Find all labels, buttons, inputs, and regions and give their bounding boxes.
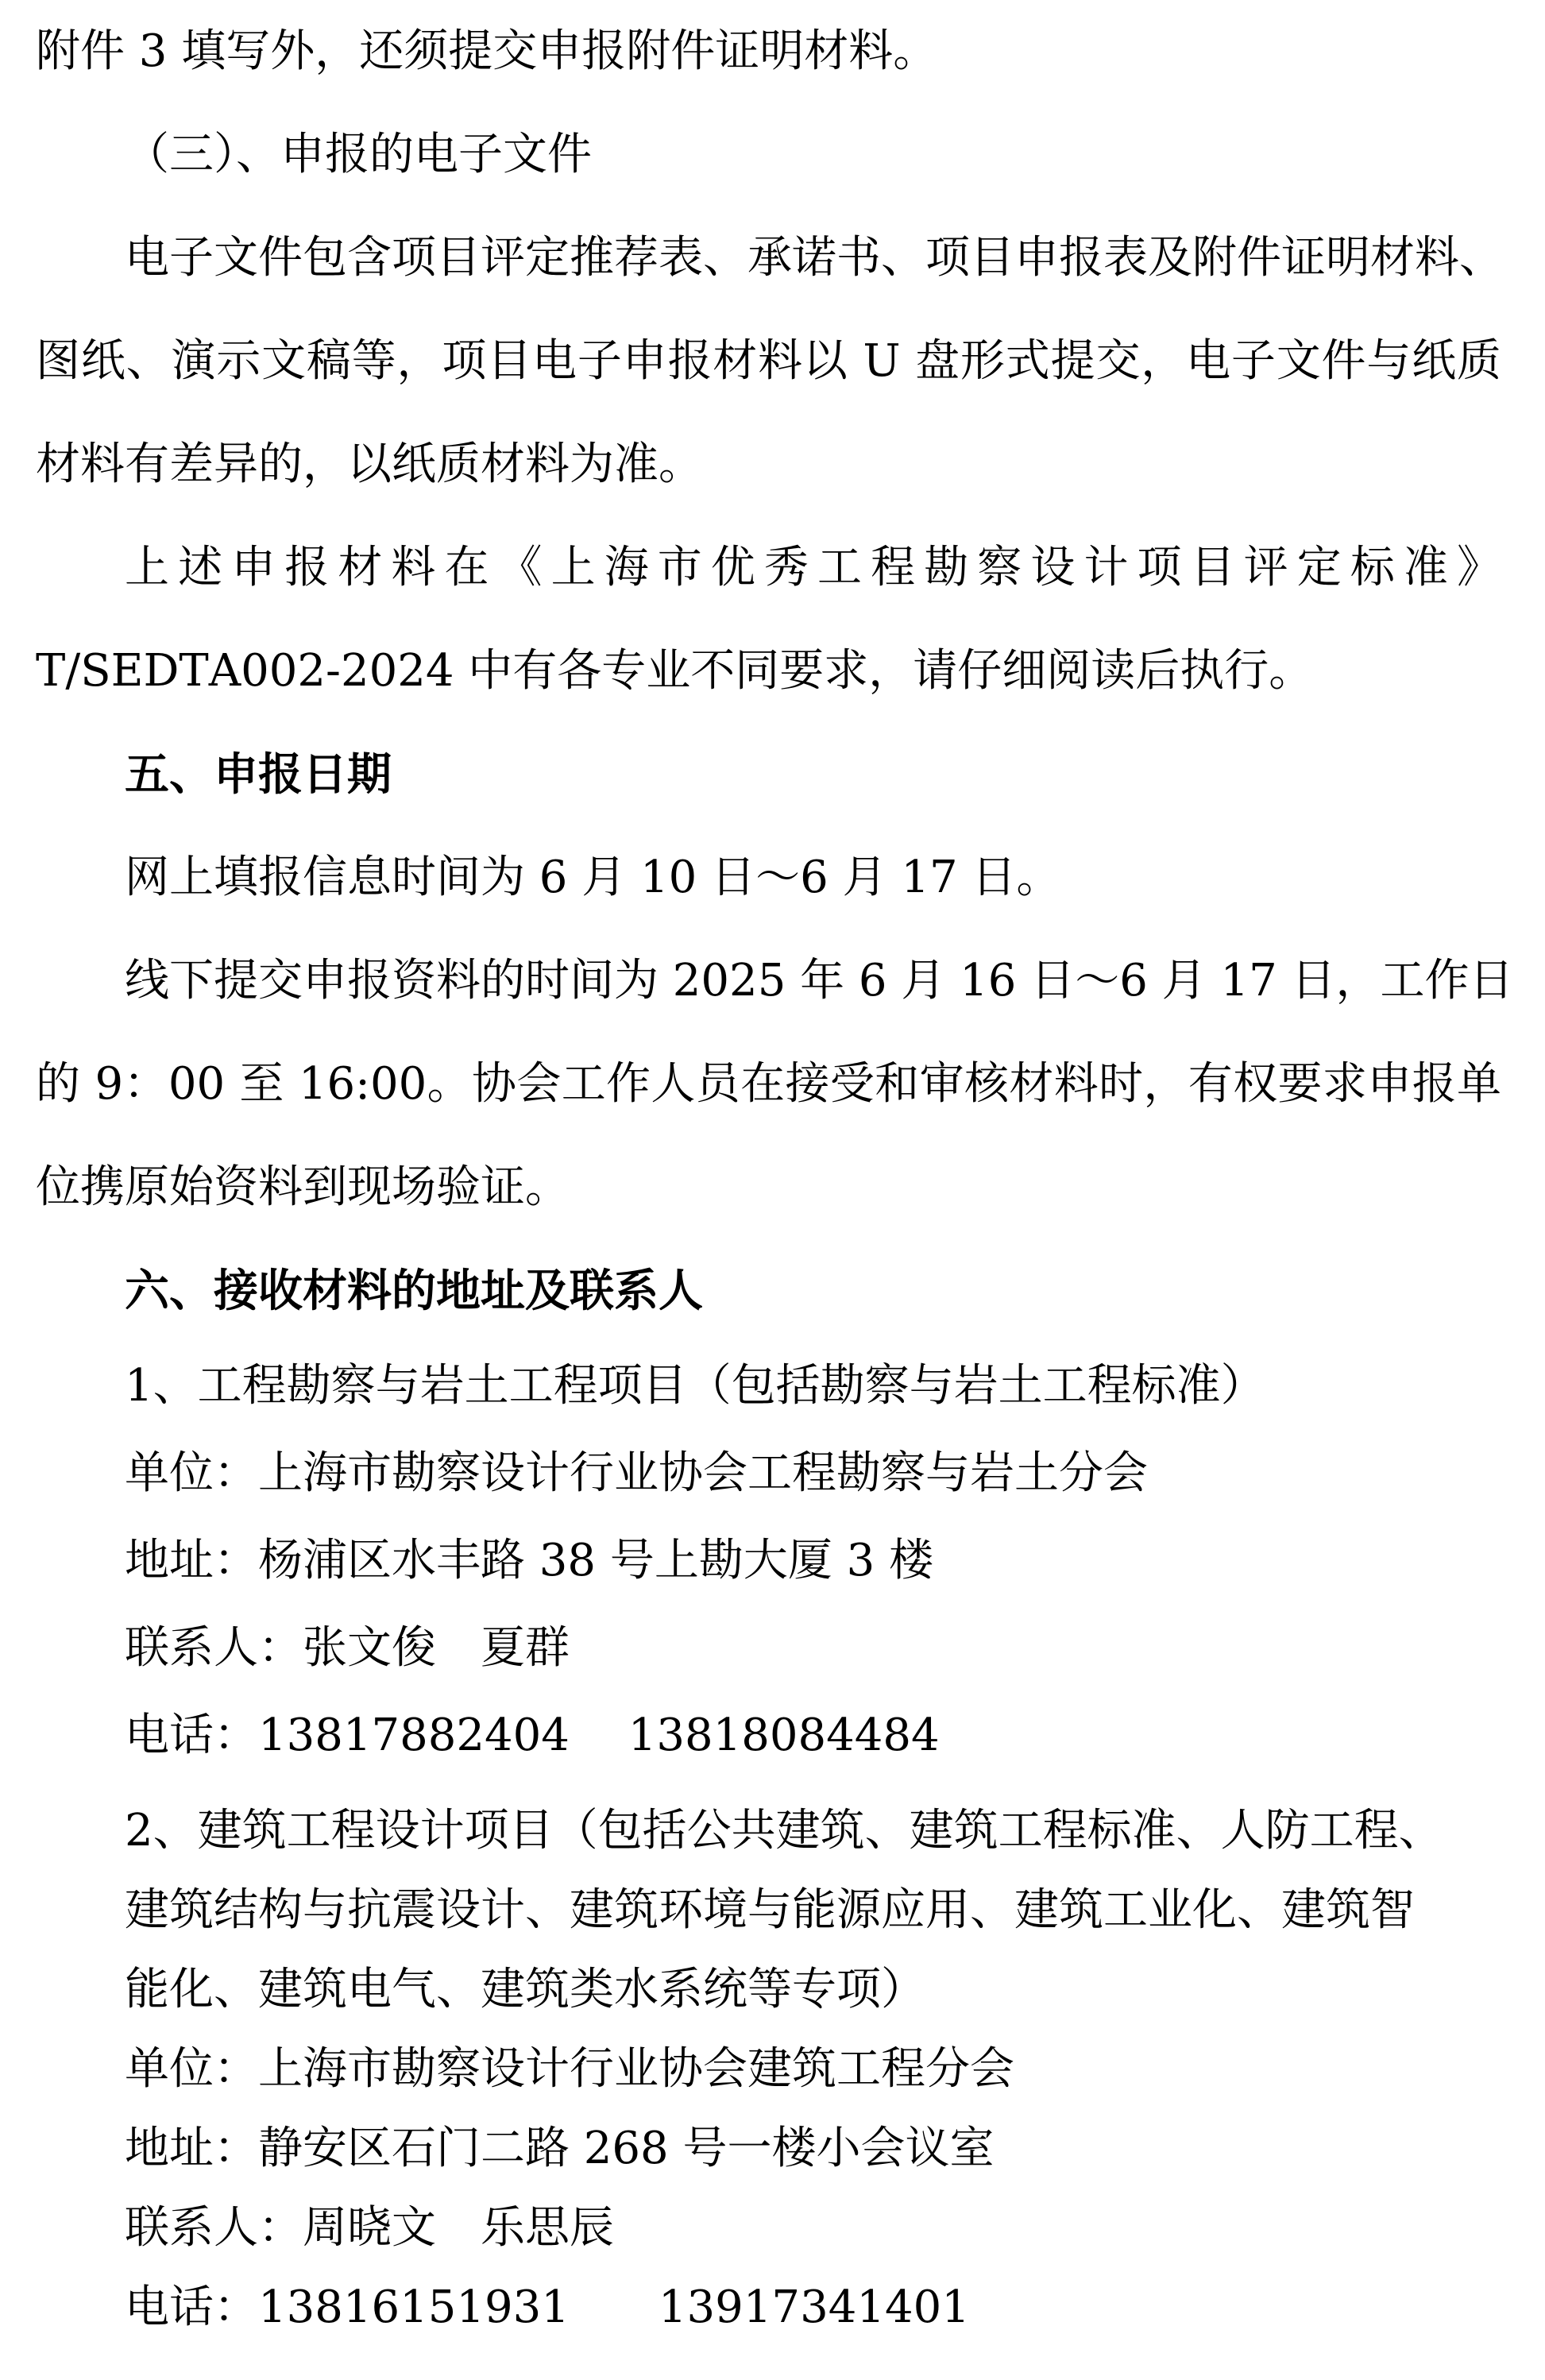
line-efile-contents-2: 图纸、演示文稿等，项目电子申报材料以 U 盘形式提交，电子文件与纸质 (36, 310, 1501, 413)
line-unit-building-branch: 单位：上海市勘察设计行业协会建筑工程分会 (36, 2030, 1501, 2109)
line-offline-submission-1: 线下提交申报资料的时间为 2025 年 6 月 16 日～6 月 17 日，工作… (36, 929, 1501, 1033)
list-item-1-survey-projects: 1、工程勘察与岩土工程项目（包括勘察与岩土工程标准） (36, 1343, 1501, 1430)
line-standard-reference-2: T/SEDTA002-2024 中有各专业不同要求，请仔细阅读后执行。 (36, 620, 1501, 723)
line-efile-contents-3: 材料有差异的，以纸质材料为准。 (36, 413, 1501, 516)
line-address-yangpu: 地址：杨浦区水丰路 38 号上勘大厦 3 楼 (36, 1517, 1501, 1605)
line-address-jingan: 地址：静安区石门二路 268 号一楼小会议室 (36, 2109, 1501, 2189)
line-standard-reference-1: 上述申报材料在《上海市优秀工程勘察设计项目评定标准》 (36, 516, 1501, 620)
line-offline-submission-3: 位携原始资料到现场验证。 (36, 1136, 1501, 1239)
line-online-filing-period: 网上填报信息时间为 6 月 10 日～6 月 17 日。 (36, 826, 1501, 929)
list-item-2-building-projects-1: 2、建筑工程设计项目（包括公共建筑、建筑工程标准、人防工程、 (36, 1791, 1501, 1871)
section-heading-address-contacts: 六、接收材料的地址及联系人 (36, 1239, 1501, 1343)
list-item-2-building-projects-3: 能化、建筑电气、建筑类水系统等专项） (36, 1950, 1501, 2030)
line-efile-contents-1: 电子文件包含项目评定推荐表、承诺书、项目申报表及附件证明材料、 (36, 207, 1501, 310)
subsection-heading-electronic-files: （三）、申报的电子文件 (36, 103, 1501, 207)
line-attachment-note: 附件 3 填写外，还须提交申报附件证明材料。 (36, 0, 1501, 103)
document-page: 附件 3 填写外，还须提交申报附件证明材料。 （三）、申报的电子文件 电子文件包… (0, 0, 1545, 2380)
line-offline-submission-2: 的 9：00 至 16:00。协会工作人员在接受和审核材料时，有权要求申报单 (36, 1033, 1501, 1136)
list-item-2-building-projects-2: 建筑结构与抗震设计、建筑环境与能源应用、建筑工业化、建筑智 (36, 1871, 1501, 1950)
line-unit-survey-branch: 单位：上海市勘察设计行业协会工程勘察与岩土分会 (36, 1430, 1501, 1517)
line-contacts-building: 联系人：周晓文 乐思辰 (36, 2189, 1501, 2268)
line-phone-building: 电话：13816151931 13917341401 (36, 2268, 1501, 2347)
line-phone-survey: 电话：13817882404 13818084484 (36, 1692, 1501, 1779)
section-heading-application-date: 五、申报日期 (36, 723, 1501, 826)
line-contacts-survey: 联系人：张文俊 夏群 (36, 1605, 1501, 1692)
